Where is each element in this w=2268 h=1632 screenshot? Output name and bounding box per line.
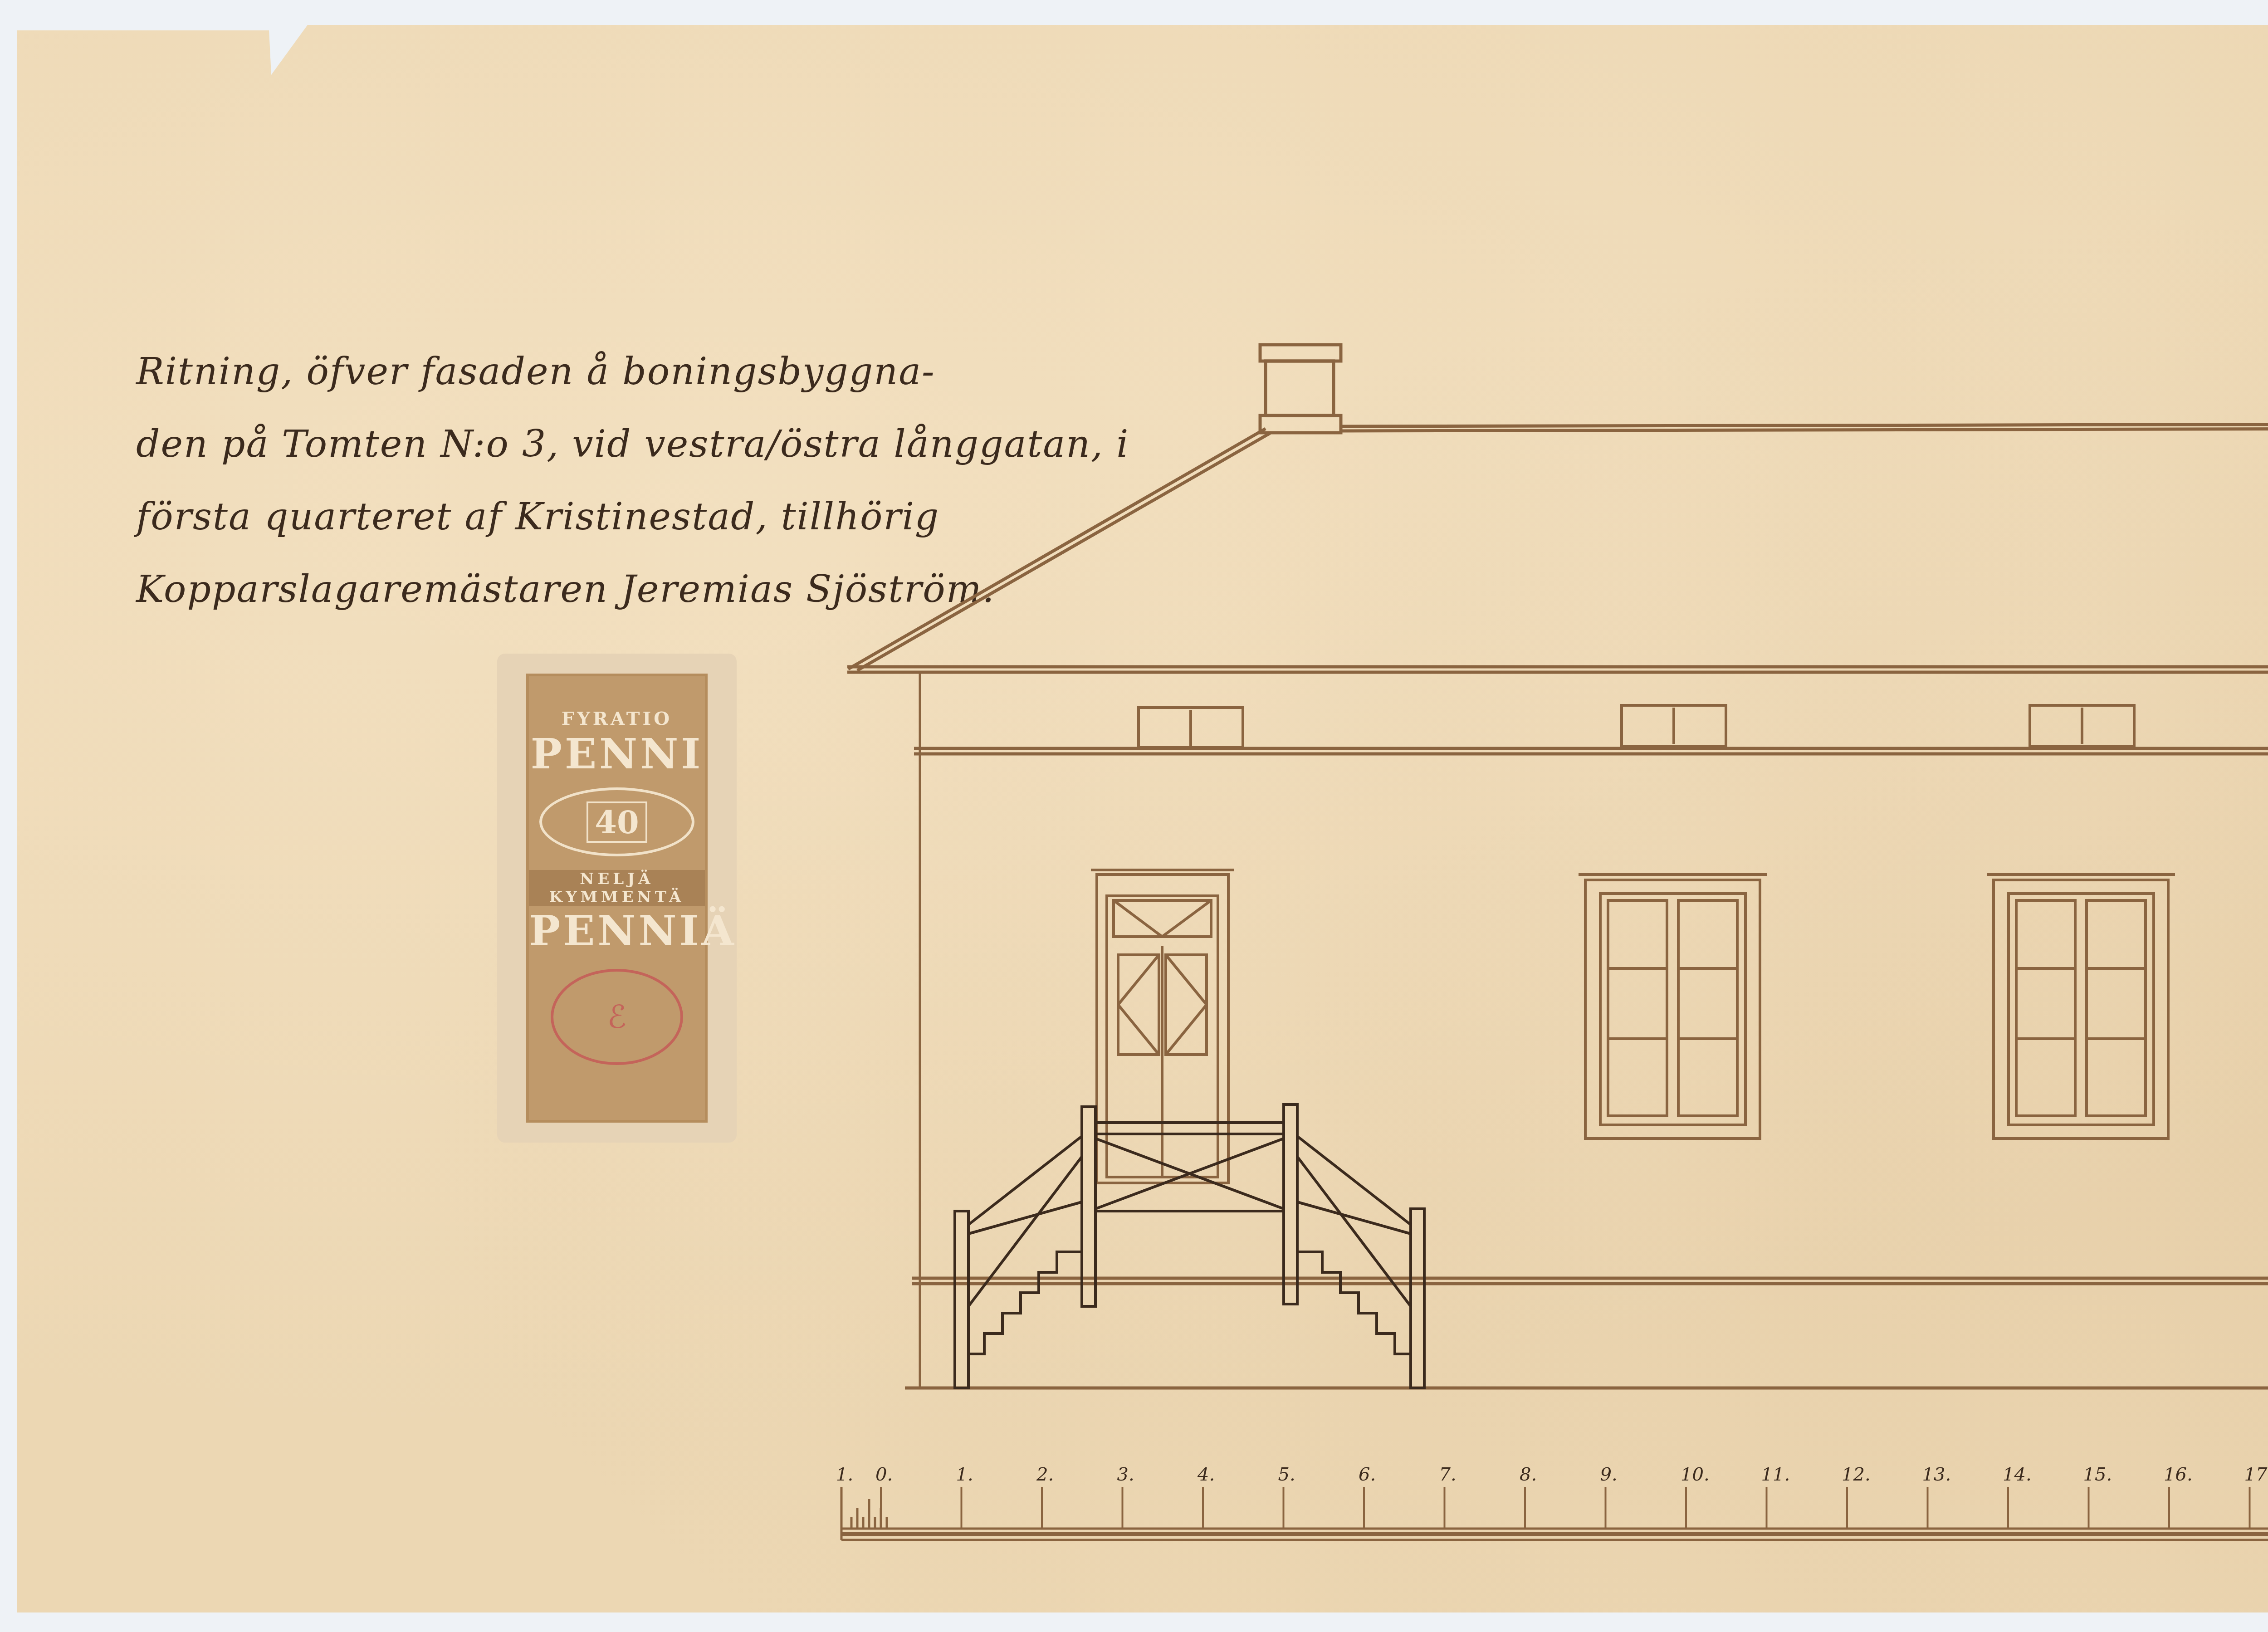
roof [847, 424, 2268, 672]
entrance-steps [955, 1104, 1424, 1388]
scale-tick-label: 11. [1761, 1464, 1790, 1485]
scale-tick-label: 15. [2083, 1464, 2112, 1485]
attic-windows [1139, 704, 2268, 748]
scale-tick-label: 14. [2003, 1464, 2032, 1485]
window-1 [1579, 875, 1767, 1138]
scale-tick-label: 13. [1922, 1464, 1951, 1485]
chimney-left [1260, 345, 1341, 433]
scale-tick-label: 3. [1117, 1464, 1134, 1485]
scale-tick-label: 4. [1198, 1464, 1215, 1485]
scale-tick-label: 10. [1681, 1464, 1710, 1485]
window-2 [1987, 875, 2175, 1138]
scale-tick-label: 0. [875, 1464, 893, 1485]
scale-tick-label: 16. [2164, 1464, 2193, 1485]
facade-drawing [0, 0, 2268, 1632]
scale-tick-label: 8. [1520, 1464, 1537, 1485]
scale-tick-label: 12. [1842, 1464, 1871, 1485]
scale-bar [841, 1487, 2268, 1540]
scale-tick-label: 17. [2244, 1464, 2268, 1485]
scale-tick-label: 9. [1600, 1464, 1618, 1485]
entrance-door [1091, 870, 1234, 1183]
scale-tick-label: 5. [1278, 1464, 1295, 1485]
scale-ticks [881, 1487, 2268, 1529]
scale-tick-label: 2. [1036, 1464, 1054, 1485]
scale-tick-label: 6. [1359, 1464, 1376, 1485]
scale-tick-label: 1. [956, 1464, 973, 1485]
scale-tick-label: 1. [836, 1464, 853, 1485]
scale-tick-label: 7. [1439, 1464, 1457, 1485]
